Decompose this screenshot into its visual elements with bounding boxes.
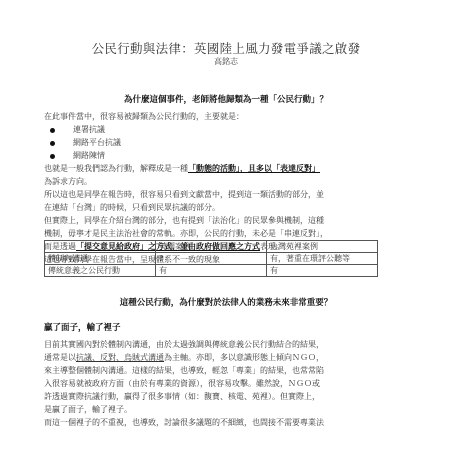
section2-heading: 這種公民行動，為什麼對於法律人的業務未來非常重要？ bbox=[0, 296, 452, 308]
paragraph-line: 所以這也是同學在報告時，很容易只看到文獻當中，提到這一類活動的部分，並 bbox=[44, 188, 424, 201]
bullet-icon bbox=[50, 128, 55, 133]
table-row: 體制內溝通 ? 有，著重在環評公聽等 bbox=[45, 253, 378, 265]
paragraph-line: 入很容易就被政府方面（由於有專業的資源），很容易攻擊。雖然說，ＮＧＯ或 bbox=[44, 377, 424, 390]
paragraph-line: 許透過實際抗議行動，贏得了很多事情（如：馥寶、核電、苑裡）。但實際上， bbox=[44, 390, 424, 403]
comparison-table: 英國案例 台灣苑裡案例 體制內溝通 ? 有，著重在環評公聽等 傳統意義之公民行動… bbox=[44, 240, 378, 277]
underlined-text: 抗議、反對、烏賊式溝通 bbox=[76, 353, 164, 362]
bullet-icon bbox=[50, 141, 55, 146]
document-author: 高銘志 bbox=[0, 56, 452, 67]
paragraph-line: 而這一個裡子的不重視，也導致，討論很多議題的不細緻，也間接不需要專業法 bbox=[44, 416, 424, 429]
section2-subheading: 贏了面子，輸了裡子 bbox=[44, 321, 121, 333]
bullet-item: 網路平台抗議 bbox=[44, 136, 424, 149]
intro-text: 在此事件當中，很容易被歸類為公民行動的，主要就是： bbox=[44, 110, 424, 123]
paragraph-line: 但實際上，同學在介紹台灣的部分，也有提到「法治化」的民眾參與機制，這種 bbox=[44, 214, 424, 227]
table-header-row: 英國案例 台灣苑裡案例 bbox=[45, 241, 378, 253]
bullet-icon bbox=[50, 154, 55, 159]
section1-heading: 為什麼這個事件，老師將他歸類為一種「公民行動」？ bbox=[0, 93, 452, 105]
paragraph-line: 通常是以抗議、反對、烏賊式溝通為主軸。亦即，多以意識形態上傾向ＮＧＯ， bbox=[44, 351, 424, 364]
table-row: 傳統意義之公民行動 有 有 bbox=[45, 265, 378, 277]
paragraph-line: 在連結「台灣」的時候，只看到民眾抗議的部分。 bbox=[44, 201, 424, 214]
paragraph-line: 為訴求方向。 bbox=[44, 175, 424, 188]
emphasis-text: 「動態的活動」，且多以「表達反對」 bbox=[188, 164, 320, 173]
paragraph-line: 來主導整個體制內溝通。這樣的結果，也導致，輕忽「專業」的結果，也常常陷 bbox=[44, 364, 424, 377]
paragraph-line: 是贏了面子，輸了裡子。 bbox=[44, 403, 424, 416]
paragraph-line: 目前其實國內對於體制內溝通，由於太過強調與傳統意義公民行動結合的結果， bbox=[44, 338, 424, 351]
document-page: 公民行動與法律：英國陸上風力發電爭議之啟發 高銘志 為什麼這個事件，老師將他歸類… bbox=[0, 0, 452, 452]
section2-body: 目前其實國內對於體制內溝通，由於太過強調與傳統意義公民行動結合的結果， 通常是以… bbox=[44, 338, 424, 429]
paragraph-line: 機制，毋寧才是民主法治社會的常軌。亦即，公民的行動，未必是「串連反對」， bbox=[44, 227, 424, 240]
paragraph-line: 也就是一般我們認為行動，解釋成是一種「動態的活動」，且多以「表達反對」 bbox=[44, 162, 424, 175]
bullet-item: 連署抗議 bbox=[44, 123, 424, 136]
bullet-item: 網路陳情 bbox=[44, 149, 424, 162]
document-title: 公民行動與法律：英國陸上風力發電爭議之啟發 bbox=[0, 39, 452, 57]
